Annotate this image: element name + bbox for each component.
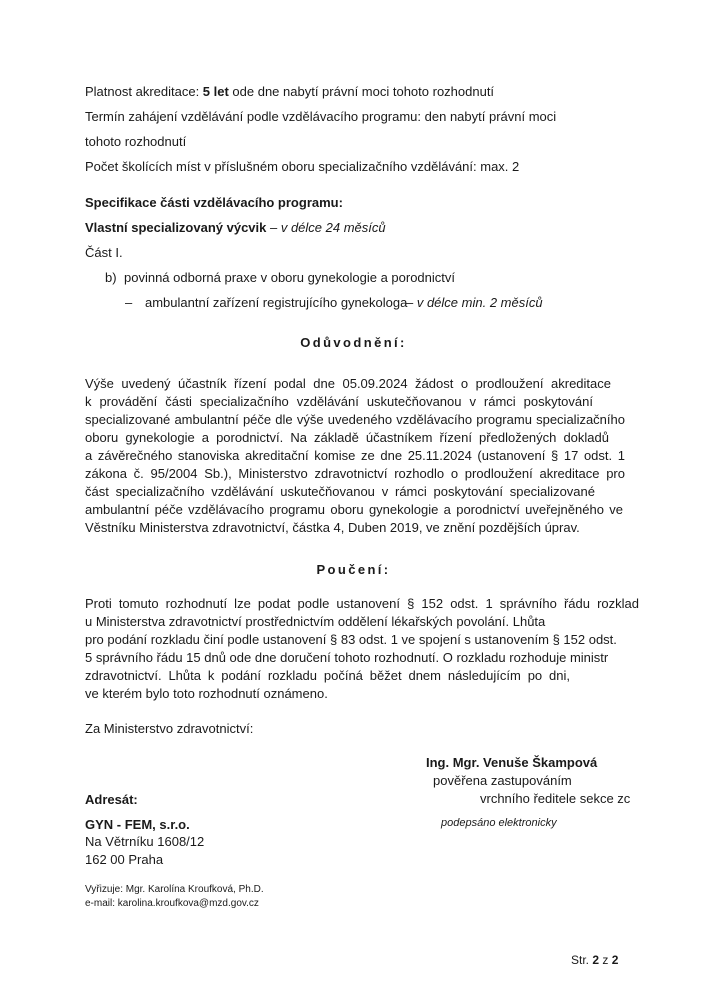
page-separator: z xyxy=(599,953,612,967)
item-b-marker: b) xyxy=(105,270,117,286)
validity-label: Platnost akreditace: xyxy=(85,84,203,99)
page-total: 2 xyxy=(612,953,619,967)
contact-handler: Vyřizuje: Mgr. Karolína Kroufková, Ph.D. xyxy=(85,884,264,896)
page-number: Str. 2 z 2 xyxy=(571,953,618,967)
signatory-role-2: vrchního ředitele sekce zc xyxy=(480,791,630,806)
paragraph-line: ambulantní péče vzdělávacího programu ob… xyxy=(85,502,623,518)
paragraph-line: specializované ambulantní péče dle výše … xyxy=(85,412,625,428)
signatory-role-1: pověřena zastupováním xyxy=(433,773,572,788)
addressee-city: 162 00 Praha xyxy=(85,852,163,868)
validity-suffix: ode dne nabytí právní moci tohoto rozhod… xyxy=(229,84,494,99)
start-line-1: Termín zahájení vzdělávání podle vzděláv… xyxy=(85,109,556,125)
paragraph-line: Věstníku Ministerstva zdravotnictví, čás… xyxy=(85,520,580,536)
instruction-heading: Poučení: xyxy=(0,562,707,577)
paragraph-line: u Ministerstva zdravotnictví prostřednic… xyxy=(85,614,545,630)
positions-line: Počet školících míst v příslušném oboru … xyxy=(85,159,519,175)
part-label: Část I. xyxy=(85,245,123,261)
addressee-company: GYN - FEM, s.r.o. xyxy=(85,817,190,833)
paragraph-line: zákona č. 95/2004 Sb.), Ministerstvo zdr… xyxy=(85,466,625,482)
sub-item-text: ambulantní zařízení registrujícího gynek… xyxy=(145,295,407,311)
for-ministry-label: Za Ministerstvo zdravotnictví: xyxy=(85,721,253,737)
training-duration: – v délce 24 měsíců xyxy=(266,220,385,235)
paragraph-line: oboru gynekologie a porodnictví. Na zákl… xyxy=(85,430,609,446)
specification-title: Specifikace části vzdělávacího programu: xyxy=(85,195,343,211)
sub-item-duration: – v délce min. 2 měsíců xyxy=(406,295,543,311)
training-line: Vlastní specializovaný výcvik – v délce … xyxy=(85,220,386,236)
sub-item-dash: – xyxy=(125,295,132,311)
paragraph-line: Proti tomuto rozhodnutí lze podat podle … xyxy=(85,596,639,612)
signed-electronically: podepsáno elektronicky xyxy=(441,817,557,829)
item-b-text: povinná odborná praxe v oboru gynekologi… xyxy=(124,270,455,286)
training-label: Vlastní specializovaný výcvik xyxy=(85,220,266,235)
start-line-2: tohoto rozhodnutí xyxy=(85,134,186,150)
paragraph-line: část specializačního vzdělávání uskutečň… xyxy=(85,484,595,500)
signatory-name: Ing. Mgr. Venuše Škampová xyxy=(426,755,597,770)
page-prefix: Str. xyxy=(571,953,592,967)
paragraph-line: Výše uvedený účastník řízení podal dne 0… xyxy=(85,376,611,392)
paragraph-line: 5 správního řádu 15 dnů ode dne doručení… xyxy=(85,650,608,666)
validity-line: Platnost akreditace: 5 let ode dne nabyt… xyxy=(85,84,494,100)
justification-heading: Odůvodnění: xyxy=(0,335,707,350)
contact-email: e-mail: karolina.kroufkova@mzd.gov.cz xyxy=(85,898,259,910)
paragraph-line: a závěrečného stanoviska akreditační kom… xyxy=(85,448,625,464)
paragraph-line: k provádění části specializačního vzdělá… xyxy=(85,394,593,410)
addressee-street: Na Větrníku 1608/12 xyxy=(85,834,204,850)
paragraph-line: ve kterém bylo toto rozhodnutí oznámeno. xyxy=(85,686,328,702)
addressee-label: Adresát: xyxy=(85,792,138,808)
paragraph-line: zdravotnictví. Lhůta k podání rozkladu p… xyxy=(85,668,570,684)
paragraph-line: pro podání rozkladu činí podle ustanoven… xyxy=(85,632,617,648)
validity-value: 5 let xyxy=(203,84,229,99)
